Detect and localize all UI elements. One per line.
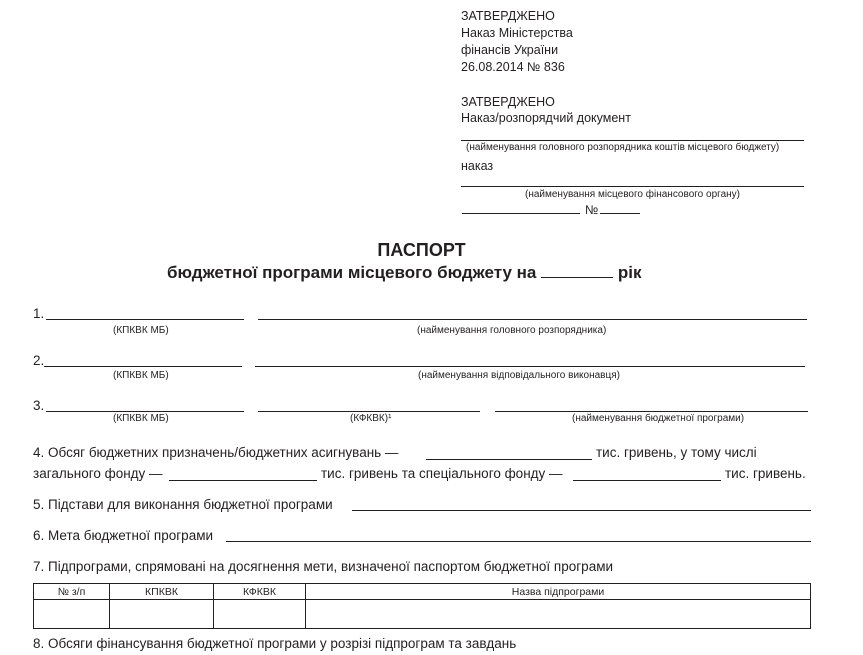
cell-subprogram-name[interactable]: [306, 600, 811, 629]
page-title: ПАСПОРТ: [0, 240, 843, 261]
col-header-kfkvk: КФКВК: [214, 584, 306, 600]
col-header-kpkvk: КПКВК: [110, 584, 214, 600]
item-1-number: 1.: [33, 306, 44, 321]
item-2-name-field[interactable]: [255, 366, 805, 367]
item-4-text-b: тис. гривень, у тому числі: [596, 445, 757, 460]
approval-block-ministry: ЗАТВЕРДЖЕНО Наказ Міністерства фінансів …: [461, 8, 573, 76]
caption-kpkvk: (КПКВК МБ): [113, 325, 169, 336]
caption-program-name: (найменування бюджетної програми): [572, 413, 744, 424]
caption-kfkvk: (КФКВК)¹: [350, 413, 391, 424]
caption-kpkvk: (КПКВК МБ): [113, 370, 169, 381]
item-4-text-e: тис. гривень.: [725, 466, 806, 481]
number-sign: №: [585, 202, 598, 219]
cell-kpkvk[interactable]: [110, 600, 214, 629]
order-label: наказ: [461, 158, 493, 175]
approval-doc-label: Наказ/розпорядчий документ: [461, 110, 631, 127]
caption-fin-org: (найменування місцевого фінансового орга…: [461, 189, 804, 200]
item-4-text-a: 4. Обсяг бюджетних призначень/бюджетних …: [33, 445, 398, 460]
order-number-field[interactable]: [600, 213, 640, 214]
item-1-name-field[interactable]: [258, 319, 807, 320]
approval-date-number: 26.08.2014 № 836: [461, 59, 573, 76]
page-subtitle: бюджетної програми місцевого бюджету на …: [167, 263, 641, 283]
item-5-label: 5. Підстави для виконання бюджетної прог…: [33, 497, 333, 512]
year-field[interactable]: [541, 265, 613, 278]
item-2-code-field[interactable]: [44, 366, 242, 367]
approval-heading: ЗАТВЕРДЖЕНО: [461, 8, 573, 25]
special-fund-field[interactable]: [573, 480, 721, 481]
item-2-number: 2.: [33, 353, 44, 368]
cell-kfkvk[interactable]: [214, 600, 306, 629]
approval-heading-2: ЗАТВЕРДЖЕНО: [461, 94, 555, 111]
approval-line: фінансів України: [461, 42, 573, 59]
item-6-label: 6. Мета бюджетної програми: [33, 528, 213, 543]
item-4-text-d: тис. гривень та спеціального фонду —: [321, 466, 563, 481]
item-3-number: 3.: [33, 398, 44, 413]
order-date-field[interactable]: [462, 213, 580, 214]
caption-executor-name: (найменування відповідального виконавця): [418, 370, 620, 381]
item-3-code-field[interactable]: [46, 411, 244, 412]
subprogram-table: № з/п КПКВК КФКВК Назва підпрограми: [33, 583, 811, 629]
item-7-label: 7. Підпрограми, спрямовані на досягнення…: [33, 559, 613, 574]
item-3-program-name-field[interactable]: [495, 411, 808, 412]
cell-number[interactable]: [34, 600, 110, 629]
fin-org-name-field[interactable]: [461, 186, 804, 187]
col-header-subprogram-name: Назва підпрограми: [306, 584, 811, 600]
item-8-label: 8. Обсяги фінансування бюджетної програм…: [33, 636, 516, 651]
general-fund-field[interactable]: [169, 480, 317, 481]
table-row: [34, 600, 811, 629]
item-3-func-code-field[interactable]: [258, 411, 480, 412]
item-1-code-field[interactable]: [46, 319, 244, 320]
col-header-number: № з/п: [34, 584, 110, 600]
program-basis-field[interactable]: [352, 510, 811, 511]
program-goal-field[interactable]: [226, 541, 811, 542]
manager-name-field[interactable]: [461, 140, 804, 141]
total-amount-field[interactable]: [426, 459, 592, 460]
caption-manager-name: (найменування головного розпорядника): [417, 325, 606, 336]
caption-kpkvk: (КПКВК МБ): [113, 413, 169, 424]
approval-line: Наказ Міністерства: [461, 25, 573, 42]
caption-manager: (найменування головного розпорядника кош…: [466, 142, 779, 153]
item-4-text-c: загального фонду —: [33, 466, 163, 481]
table-header-row: № з/п КПКВК КФКВК Назва підпрограми: [34, 584, 811, 600]
